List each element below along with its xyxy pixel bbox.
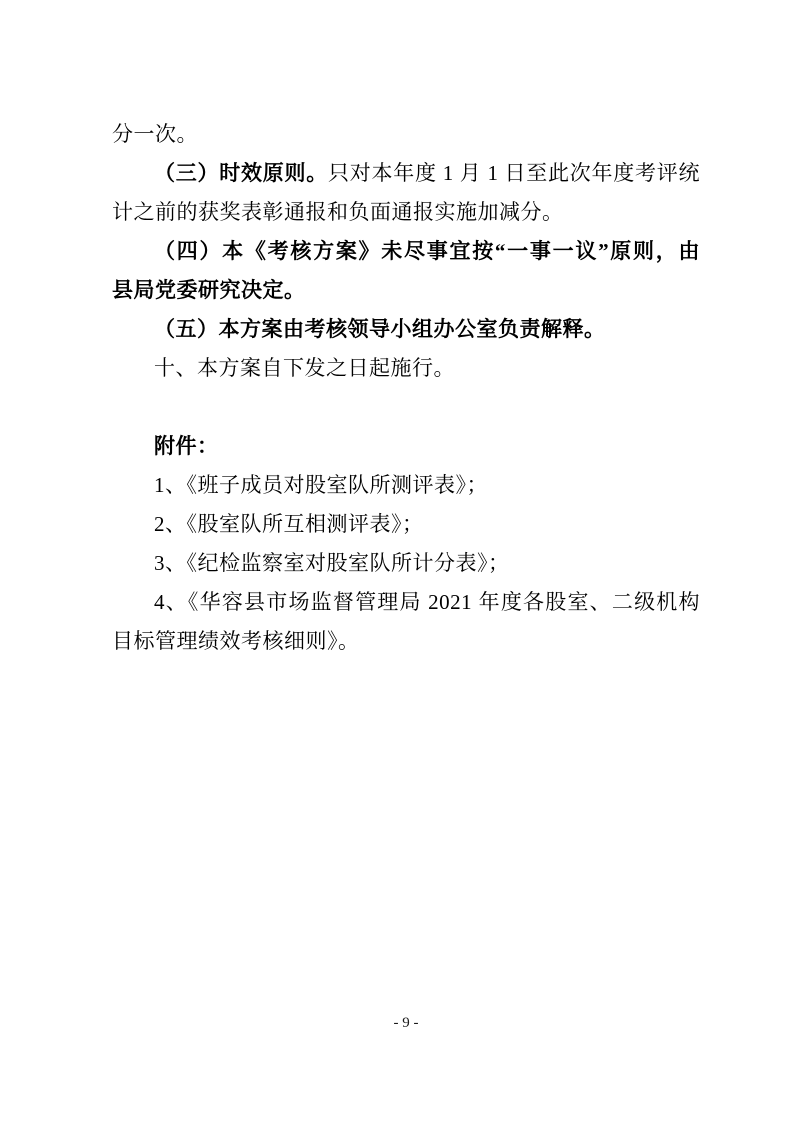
attachment-item-2: 2、《股室队所互相测评表》； [112,505,700,544]
principle-3-heading: （三）时效原则。 [154,161,328,185]
clause-4-line-2: 县局党委研究决定。 [112,271,700,310]
clause-4-line-1: （四）本《考核方案》未尽事宜按“一事一议”原则，由 [112,232,700,271]
attachment-item-3: 3、《纪检监察室对股室队所计分表》； [112,544,700,583]
principle-3-line-1: （三）时效原则。只对本年度 1 月 1 日至此次年度考评统 [112,154,700,193]
attachment-item-4-line-1: 4、《华容县市场监督管理局 2021 年度各股室、二级机构 [112,583,700,622]
document-page: 分一次。 （三）时效原则。只对本年度 1 月 1 日至此次年度考评统 计之前的获… [0,0,793,1122]
attachment-item-4-line-2: 目标管理绩效考核细则》。 [112,622,700,661]
article-10-line: 十、本方案自下发之日起施行。 [112,349,700,388]
clause-5-line: （五）本方案由考核领导小组办公室负责解释。 [112,310,700,349]
paragraph-continuation-line: 分一次。 [112,115,700,154]
attachments-heading: 附件： [112,427,700,466]
page-number: - 9 - [112,1012,700,1034]
attachment-item-1: 1、《班子成员对股室队所测评表》； [112,466,700,505]
document-body: 分一次。 （三）时效原则。只对本年度 1 月 1 日至此次年度考评统 计之前的获… [112,115,700,661]
principle-3-body-start: 只对本年度 1 月 1 日至此次年度考评统 [328,161,700,185]
blank-line [112,388,700,427]
principle-3-line-2: 计之前的获奖表彰通报和负面通报实施加减分。 [112,193,700,232]
